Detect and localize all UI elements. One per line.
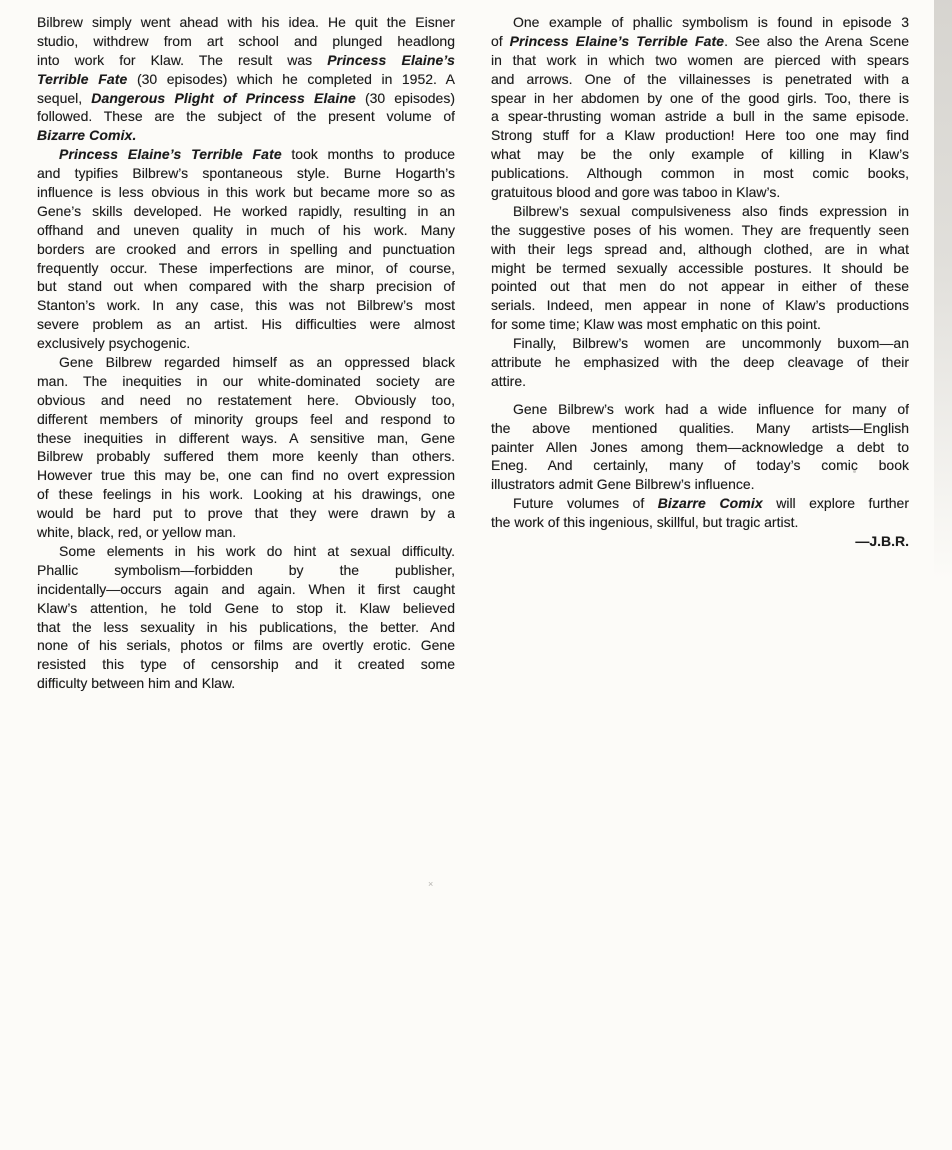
- text-line: gratuitous blood and gore was taboo in K…: [491, 183, 909, 202]
- text-line: sequel, Dangerous Plight of Princess Ela…: [37, 89, 455, 108]
- text-line: studio, withdrew from art school and plu…: [37, 32, 455, 51]
- text-line: exclusively psychogenic.: [37, 334, 455, 353]
- text-line: illustrators admit Gene Bilbrew’s influe…: [491, 475, 909, 494]
- text-line: publications. Although common in most co…: [491, 164, 909, 183]
- text-line: resisted this type of censorship and it …: [37, 655, 455, 674]
- paragraph: Future volumes of Bizarre Comix will exp…: [491, 494, 909, 532]
- scan-edge-shadow: [934, 0, 952, 580]
- text-line: of Princess Elaine’s Terrible Fate. See …: [491, 32, 909, 51]
- paragraph: Some elements in his work do hint at sex…: [37, 542, 455, 693]
- text-line: and typifies Bilbrew’s spontaneous style…: [37, 164, 455, 183]
- text-line: frequently occur. These imperfections ar…: [37, 259, 455, 278]
- text-line: in that work in which two women are pier…: [491, 51, 909, 70]
- text-line: Klaw’s attention, he told Gene to stop i…: [37, 599, 455, 618]
- text-line: Bilbrew probably suffered them more keen…: [37, 447, 455, 466]
- text-line: white, black, red, or yellow man.: [37, 523, 455, 542]
- text-line: Gene Bilbrew regarded himself as an oppr…: [37, 353, 455, 372]
- text-line: spear in her abdomen by one of the good …: [491, 89, 909, 108]
- text-line: However true this may be, one can find n…: [37, 466, 455, 485]
- text-line: man. The inequities in our white-dominat…: [37, 372, 455, 391]
- paragraph: Gene Bilbrew regarded himself as an oppr…: [37, 353, 455, 542]
- text-line: obvious and need no restatement here. Ob…: [37, 391, 455, 410]
- text-line: borders are crooked and errors in spelli…: [37, 240, 455, 259]
- text-line: One example of phallic symbolism is foun…: [491, 13, 909, 32]
- paragraph: One example of phallic symbolism is foun…: [491, 13, 909, 202]
- scan-speck: [101, 684, 104, 687]
- author-initials: —J.B.R.: [491, 532, 909, 551]
- paragraph: Princess Elaine’s Terrible Fate took mon…: [37, 145, 455, 353]
- text-line: Phallic symbolism—forbidden by the publi…: [37, 561, 455, 580]
- text-line: these inequities in different ways. A se…: [37, 429, 455, 448]
- text-line: would be hard put to prove that they wer…: [37, 504, 455, 523]
- text-line: Bilbrew’s sexual compulsiveness also fin…: [491, 202, 909, 221]
- text-line: for some time; Klaw was most emphatic on…: [491, 315, 909, 334]
- text-line: attire.: [491, 372, 909, 391]
- text-line: Bilbrew simply went ahead with his idea.…: [37, 13, 455, 32]
- text-line: pointed out that men do not appear in ei…: [491, 277, 909, 296]
- text-line: Some elements in his work do hint at sex…: [37, 542, 455, 561]
- text-line: influence is less obvious in this work b…: [37, 183, 455, 202]
- paragraph: Gene Bilbrew’s work had a wide influence…: [491, 400, 909, 494]
- text-line: different members of minority groups fee…: [37, 410, 455, 429]
- scanned-document-page: Bilbrew simply went ahead with his idea.…: [0, 0, 952, 1150]
- left-column-paragraphs: Bilbrew simply went ahead with his idea.…: [37, 13, 455, 693]
- scan-speck: [853, 470, 856, 473]
- text-line: attribute he emphasized with the deep cl…: [491, 353, 909, 372]
- text-line: Terrible Fate (30 episodes) which he com…: [37, 70, 455, 89]
- text-line: Eneg. And certainly, many of today’s com…: [491, 456, 909, 475]
- text-line: into work for Klaw. The result was Princ…: [37, 51, 455, 70]
- text-line: difficulty between him and Klaw.: [37, 674, 455, 693]
- text-line: Bizarre Comix.: [37, 126, 455, 145]
- right-column: One example of phallic symbolism is foun…: [491, 13, 909, 551]
- text-line: a spear-thrusting woman astride a bull i…: [491, 107, 909, 126]
- text-line: of these feelings in his work. Looking a…: [37, 485, 455, 504]
- text-line: Stanton’s work. In any case, this was no…: [37, 296, 455, 315]
- paragraph: Finally, Bilbrew’s women are uncommonly …: [491, 334, 909, 391]
- text-line: none of his serials, photos or films are…: [37, 636, 455, 655]
- paragraph: Bilbrew simply went ahead with his idea.…: [37, 13, 455, 145]
- text-line: incidentally—occurs again and again. Whe…: [37, 580, 455, 599]
- text-line: Finally, Bilbrew’s women are uncommonly …: [491, 334, 909, 353]
- text-line: severe problem as an artist. His difficu…: [37, 315, 455, 334]
- text-line: that the less sexuality in his publicati…: [37, 618, 455, 637]
- text-line: the above mentioned qualities. Many arti…: [491, 419, 909, 438]
- text-line: Princess Elaine’s Terrible Fate took mon…: [37, 145, 455, 164]
- text-line: serials. Indeed, men appear in none of K…: [491, 296, 909, 315]
- text-line: but stand out when compared with the sha…: [37, 277, 455, 296]
- text-line: offhand and uneven quality in much of hi…: [37, 221, 455, 240]
- paragraph: Bilbrew’s sexual compulsiveness also fin…: [491, 202, 909, 334]
- text-line: with their legs spread and, although clo…: [491, 240, 909, 259]
- left-column: Bilbrew simply went ahead with his idea.…: [37, 13, 455, 693]
- text-line: the work of this ingenious, skillful, bu…: [491, 513, 909, 532]
- text-line: the suggestive poses of his women. They …: [491, 221, 909, 240]
- text-line: Gene Bilbrew’s work had a wide influence…: [491, 400, 909, 419]
- text-line: Gene’s skills developed. He worked rapid…: [37, 202, 455, 221]
- right-column-paragraphs: One example of phallic symbolism is foun…: [491, 13, 909, 532]
- text-line: Future volumes of Bizarre Comix will exp…: [491, 494, 909, 513]
- text-line: followed. These are the subject of the p…: [37, 107, 455, 126]
- text-line: might be termed sexually accessible post…: [491, 259, 909, 278]
- scan-speck: ×: [428, 880, 433, 889]
- text-line: Strong stuff for a Klaw production! Here…: [491, 126, 909, 145]
- text-line: painter Allen Jones among them—acknowled…: [491, 438, 909, 457]
- text-line: what may be the only example of killing …: [491, 145, 909, 164]
- text-line: and arrows. One of the villainesses is p…: [491, 70, 909, 89]
